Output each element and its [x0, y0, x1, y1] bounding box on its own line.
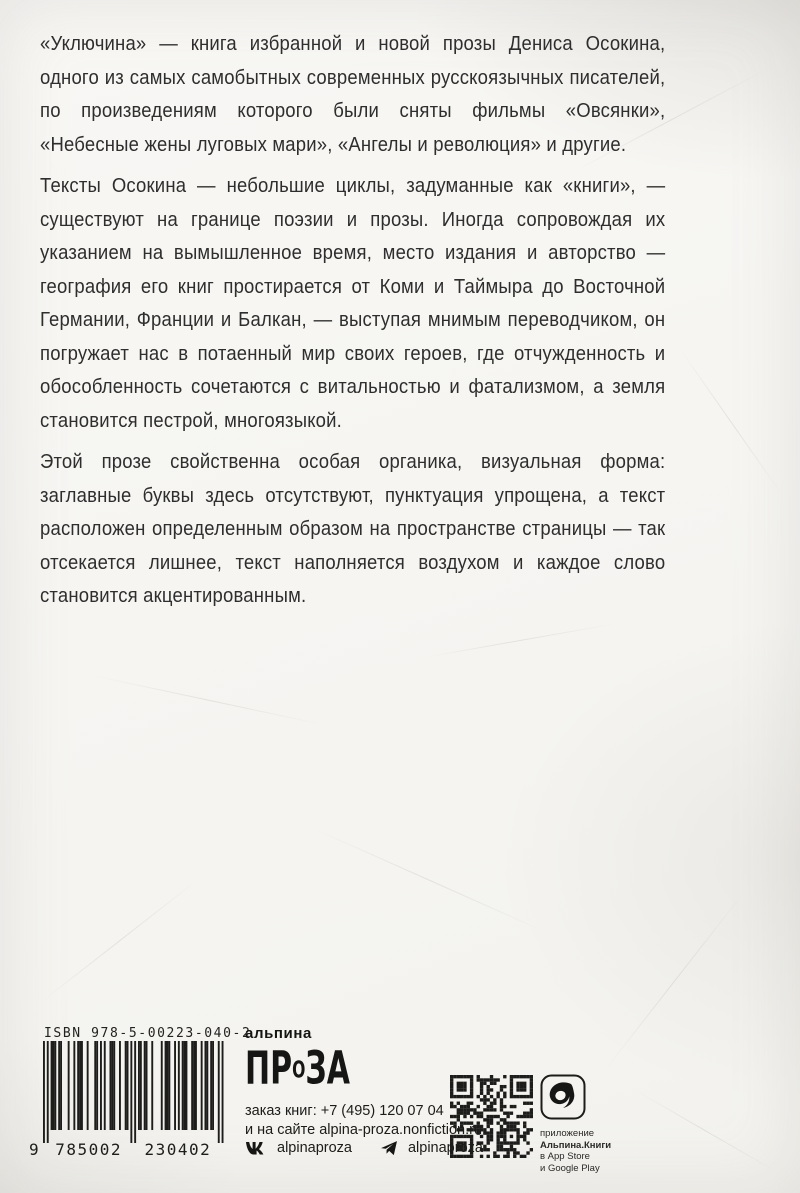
publisher-logo: альпина ПРОЗА — [245, 1025, 350, 1078]
svg-text:9: 9 — [29, 1140, 40, 1159]
ean13-barcode-svg: 9785002230402 — [26, 1041, 236, 1161]
vk-icon — [245, 1141, 267, 1155]
paper-crease — [311, 827, 549, 934]
app-caption-line: в App Store — [540, 1151, 670, 1163]
order-phone-line: заказ книг: +7 (495) 120 07 04 — [245, 1102, 482, 1121]
paper-crease — [93, 675, 328, 726]
paper-crease — [678, 346, 782, 494]
book-back-cover: «Уключина» — книга избранной и новой про… — [0, 0, 800, 1193]
app-qr-code — [450, 1075, 533, 1158]
publisher-name-main: ПРОЗА — [245, 1043, 350, 1096]
app-caption-line: приложение — [540, 1128, 670, 1140]
paper-crease — [41, 879, 199, 1003]
vk-handle: alpinaproza — [277, 1140, 352, 1156]
isbn-label: ISBN 978-5-00223-040-2 — [44, 1026, 251, 1041]
app-caption: приложение Альпина.Книги в App Store и G… — [540, 1128, 670, 1174]
annotation-paragraph: Этой прозе свойственна особая органика, … — [40, 446, 665, 614]
qr-code-svg — [450, 1075, 533, 1158]
telegram-paper-plane-icon — [380, 1140, 398, 1156]
publisher-name-top: альпина — [245, 1025, 350, 1042]
contacts-block: заказ книг: +7 (495) 120 07 04 и на сайт… — [245, 1102, 482, 1140]
paper-crease — [604, 890, 746, 1072]
app-caption-line: и Google Play — [540, 1163, 670, 1175]
svg-text:785002: 785002 — [55, 1140, 122, 1159]
annotation-paragraph: Тексты Осокина — небольшие циклы, задума… — [40, 170, 665, 438]
app-caption-line: Альпина.Книги — [540, 1140, 670, 1152]
annotation-paragraph: «Уключина» — книга избранной и новой про… — [40, 28, 665, 162]
svg-text:230402: 230402 — [145, 1140, 212, 1159]
alpina-books-app-icon — [540, 1074, 586, 1120]
isbn-barcode: 9785002230402 — [26, 1041, 236, 1161]
site-line: и на сайте alpina-proza.nonfiction.ru — [245, 1121, 482, 1140]
app-badge: приложение Альпина.Книги в App Store и G… — [540, 1074, 670, 1174]
annotation-text: «Уключина» — книга избранной и новой про… — [40, 28, 665, 622]
paper-crease — [421, 623, 618, 659]
